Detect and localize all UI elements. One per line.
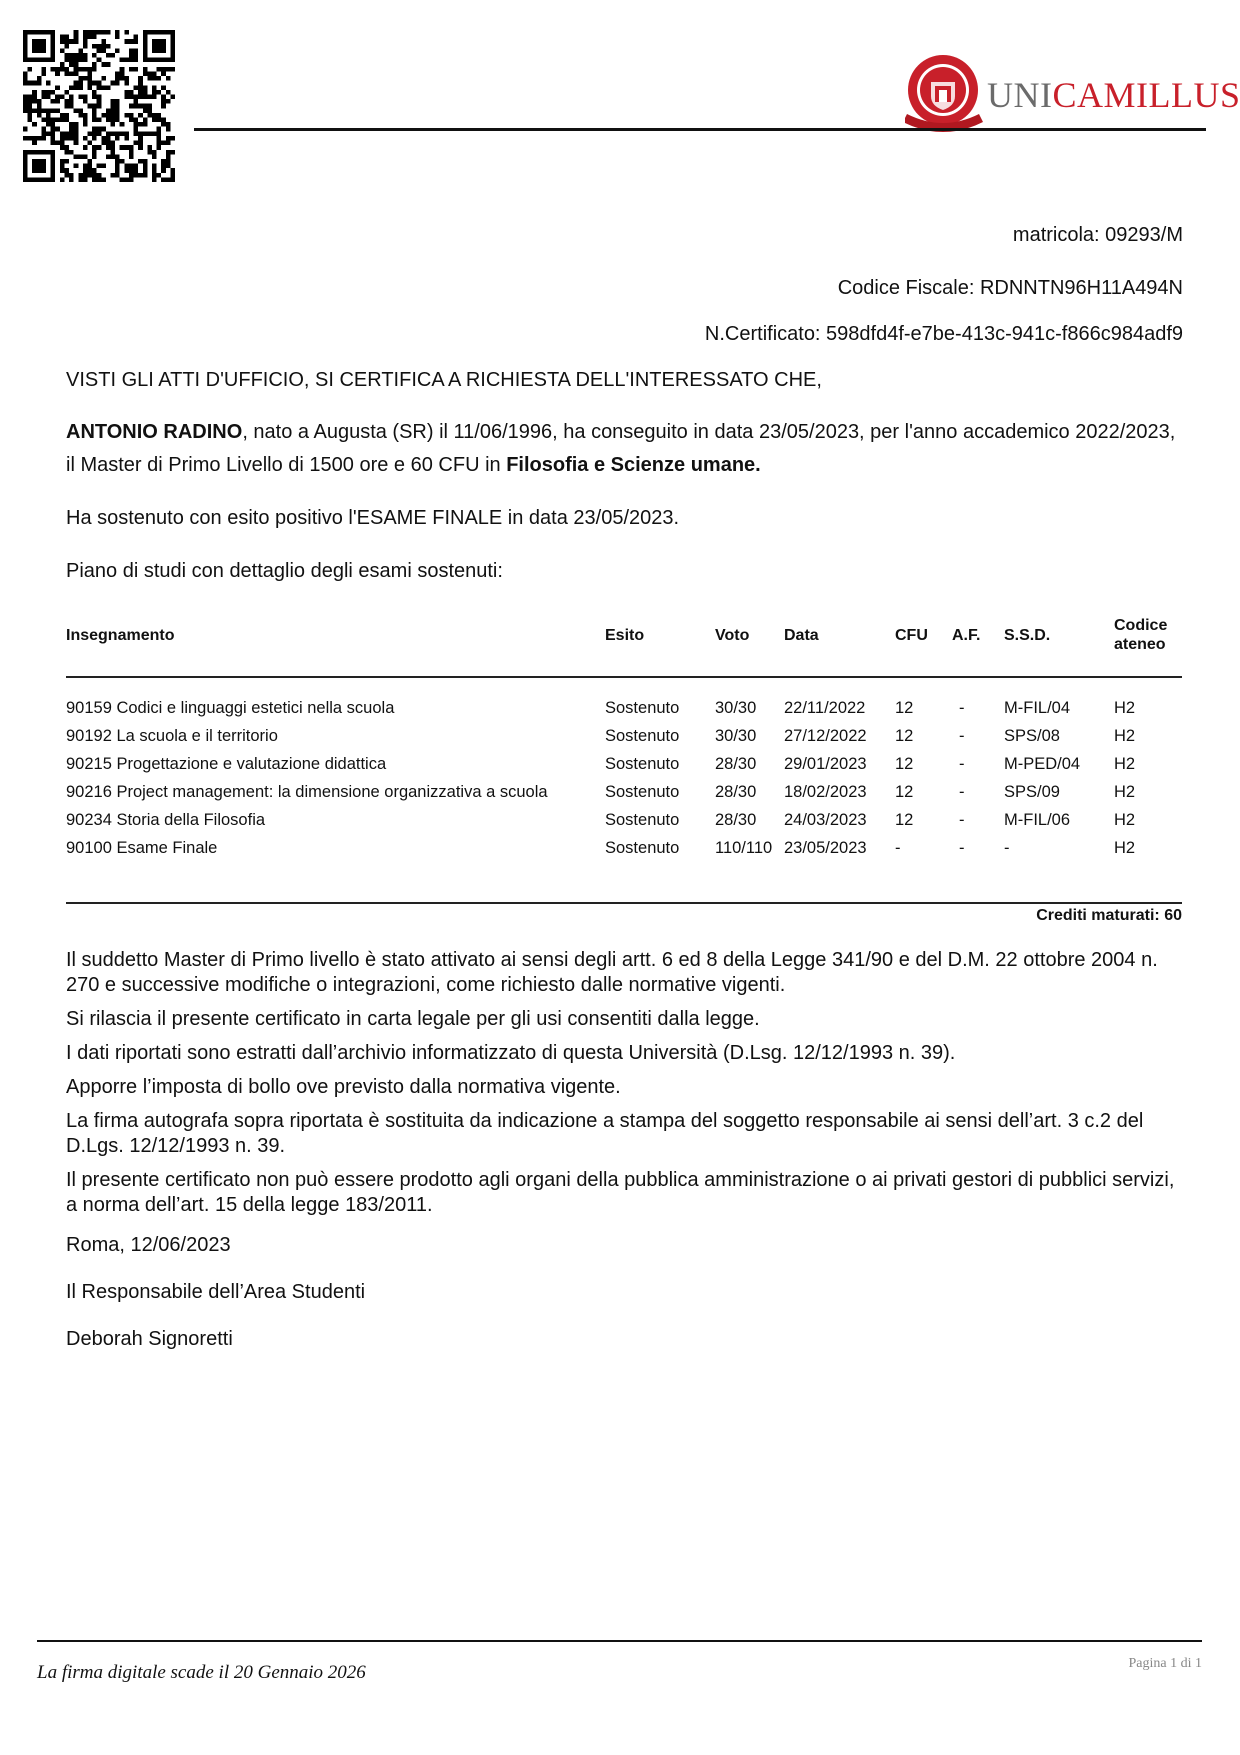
legal-notes: Il suddetto Master di Primo livello è st… [66,948,1186,1227]
degree-statement: ANTONIO RADINO, nato a Augusta (SR) il 1… [66,416,1182,482]
table-row: 90192 La scuola e il territorioSostenuto… [66,727,1182,755]
cell-codice: H2 [1114,811,1135,830]
cell-codice: H2 [1114,783,1135,802]
cell-ssd: SPS/09 [1004,783,1060,802]
cell-codice: H2 [1114,839,1135,858]
table-row: 90215 Progettazione e valutazione didatt… [66,755,1182,783]
legal-note: Il suddetto Master di Primo livello è st… [66,948,1186,998]
cell-codice: H2 [1114,755,1135,774]
cell-cfu: 12 [895,699,913,718]
logo-camillus: CAMILLUS [1052,75,1240,115]
cell-af: - [959,839,965,858]
cell-insegnamento: 90234 Storia della Filosofia [66,811,265,830]
signatory-name: Deborah Signoretti [66,1328,233,1351]
logo-uni: UNI [987,75,1052,115]
cell-data: 29/01/2023 [784,755,867,774]
cell-data: 22/11/2022 [784,699,865,718]
certificate-number: N.Certificato: 598dfd4f-e7be-413c-941c-f… [705,323,1183,346]
cell-insegnamento: 90159 Codici e linguaggi estetici nella … [66,699,394,718]
cell-data: 24/03/2023 [784,811,867,830]
cell-cfu: - [895,839,901,858]
cell-af: - [959,783,965,802]
cell-codice: H2 [1114,699,1135,718]
footer-divider [37,1640,1202,1642]
cell-af: - [959,699,965,718]
study-plan-title: Piano di studi con dettaglio degli esami… [66,555,1182,588]
page-number: Pagina 1 di 1 [1129,1656,1203,1672]
credits-total: Crediti maturati: 60 [1036,907,1182,925]
cell-esito: Sostenuto [605,727,679,746]
matricola: matricola: 09293/M [1013,224,1183,247]
cell-cfu: 12 [895,755,913,774]
cell-data: 27/12/2022 [784,727,867,746]
cell-af: - [959,727,965,746]
exam-table-body: 90159 Codici e linguaggi estetici nella … [66,699,1182,867]
header-ssd: S.S.D. [1004,626,1050,645]
header-cfu: CFU [895,626,928,645]
program-name: Filosofia e Scienze umane. [506,454,761,476]
header-esito: Esito [605,626,644,645]
header-af: A.F. [952,626,980,645]
codice-fiscale: Codice Fiscale: RDNNTN96H11A494N [838,277,1183,300]
cell-insegnamento: 90100 Esame Finale [66,839,217,858]
cell-voto: 110/110 [715,839,772,858]
cell-voto: 28/30 [715,755,756,774]
table-row: 90216 Project management: la dimensione … [66,783,1182,811]
cell-cfu: 12 [895,783,913,802]
cell-cfu: 12 [895,811,913,830]
cell-voto: 28/30 [715,811,756,830]
digital-signature-expiry: La firma digitale scade il 20 Gennaio 20… [37,1662,366,1684]
table-row: 90159 Codici e linguaggi estetici nella … [66,699,1182,727]
legal-note: Si rilascia il presente certificato in c… [66,1007,1186,1032]
cell-esito: Sostenuto [605,839,679,858]
cell-voto: 28/30 [715,783,756,802]
cell-af: - [959,811,965,830]
table-footer-divider [66,902,1182,904]
signatory-role: Il Responsabile dell’Area Studenti [66,1281,365,1304]
legal-note: Il presente certificato non può essere p… [66,1168,1186,1218]
table-row: 90234 Storia della FilosofiaSostenuto28/… [66,811,1182,839]
header-divider [194,128,1206,131]
cell-codice: H2 [1114,727,1135,746]
cell-esito: Sostenuto [605,699,679,718]
cell-ssd: SPS/08 [1004,727,1060,746]
legal-note: Apporre l’imposta di bollo ove previsto … [66,1075,1186,1100]
final-exam-statement: Ha sostenuto con esito positivo l'ESAME … [66,502,1182,535]
cell-ssd: - [1004,839,1010,858]
header-voto: Voto [715,626,749,645]
cell-cfu: 12 [895,727,913,746]
cell-voto: 30/30 [715,699,756,718]
cell-esito: Sostenuto [605,755,679,774]
university-logo: UNICAMILLUS [905,50,1240,140]
cell-ssd: M-PED/04 [1004,755,1080,774]
cell-data: 18/02/2023 [784,783,867,802]
logo-wordmark: UNICAMILLUS [987,77,1240,113]
table-row: 90100 Esame FinaleSostenuto110/11023/05/… [66,839,1182,867]
cell-af: - [959,755,965,774]
qr-code-icon [23,30,175,182]
cell-data: 23/05/2023 [784,839,867,858]
legal-note: I dati riportati sono estratti dall’arch… [66,1041,1186,1066]
header-codice-line2: ateneo [1114,635,1167,654]
intro-statement: VISTI GLI ATTI D'UFFICIO, SI CERTIFICA A… [66,364,1182,397]
cell-voto: 30/30 [715,727,756,746]
header-codice-line1: Codice [1114,616,1167,635]
place-date: Roma, 12/06/2023 [66,1234,231,1257]
header-insegnamento: Insegnamento [66,626,174,645]
cell-esito: Sostenuto [605,783,679,802]
header-codice-ateneo: Codice ateneo [1114,616,1167,654]
table-header-divider [66,676,1182,678]
cell-ssd: M-FIL/04 [1004,699,1070,718]
legal-note: La firma autografa sopra riportata è sos… [66,1109,1186,1159]
cell-insegnamento: 90216 Project management: la dimensione … [66,783,548,802]
header-data: Data [784,626,819,645]
cell-insegnamento: 90192 La scuola e il territorio [66,727,278,746]
student-name: ANTONIO RADINO [66,421,242,443]
cell-insegnamento: 90215 Progettazione e valutazione didatt… [66,755,386,774]
cell-esito: Sostenuto [605,811,679,830]
cell-ssd: M-FIL/06 [1004,811,1070,830]
university-crest-icon [905,52,985,138]
